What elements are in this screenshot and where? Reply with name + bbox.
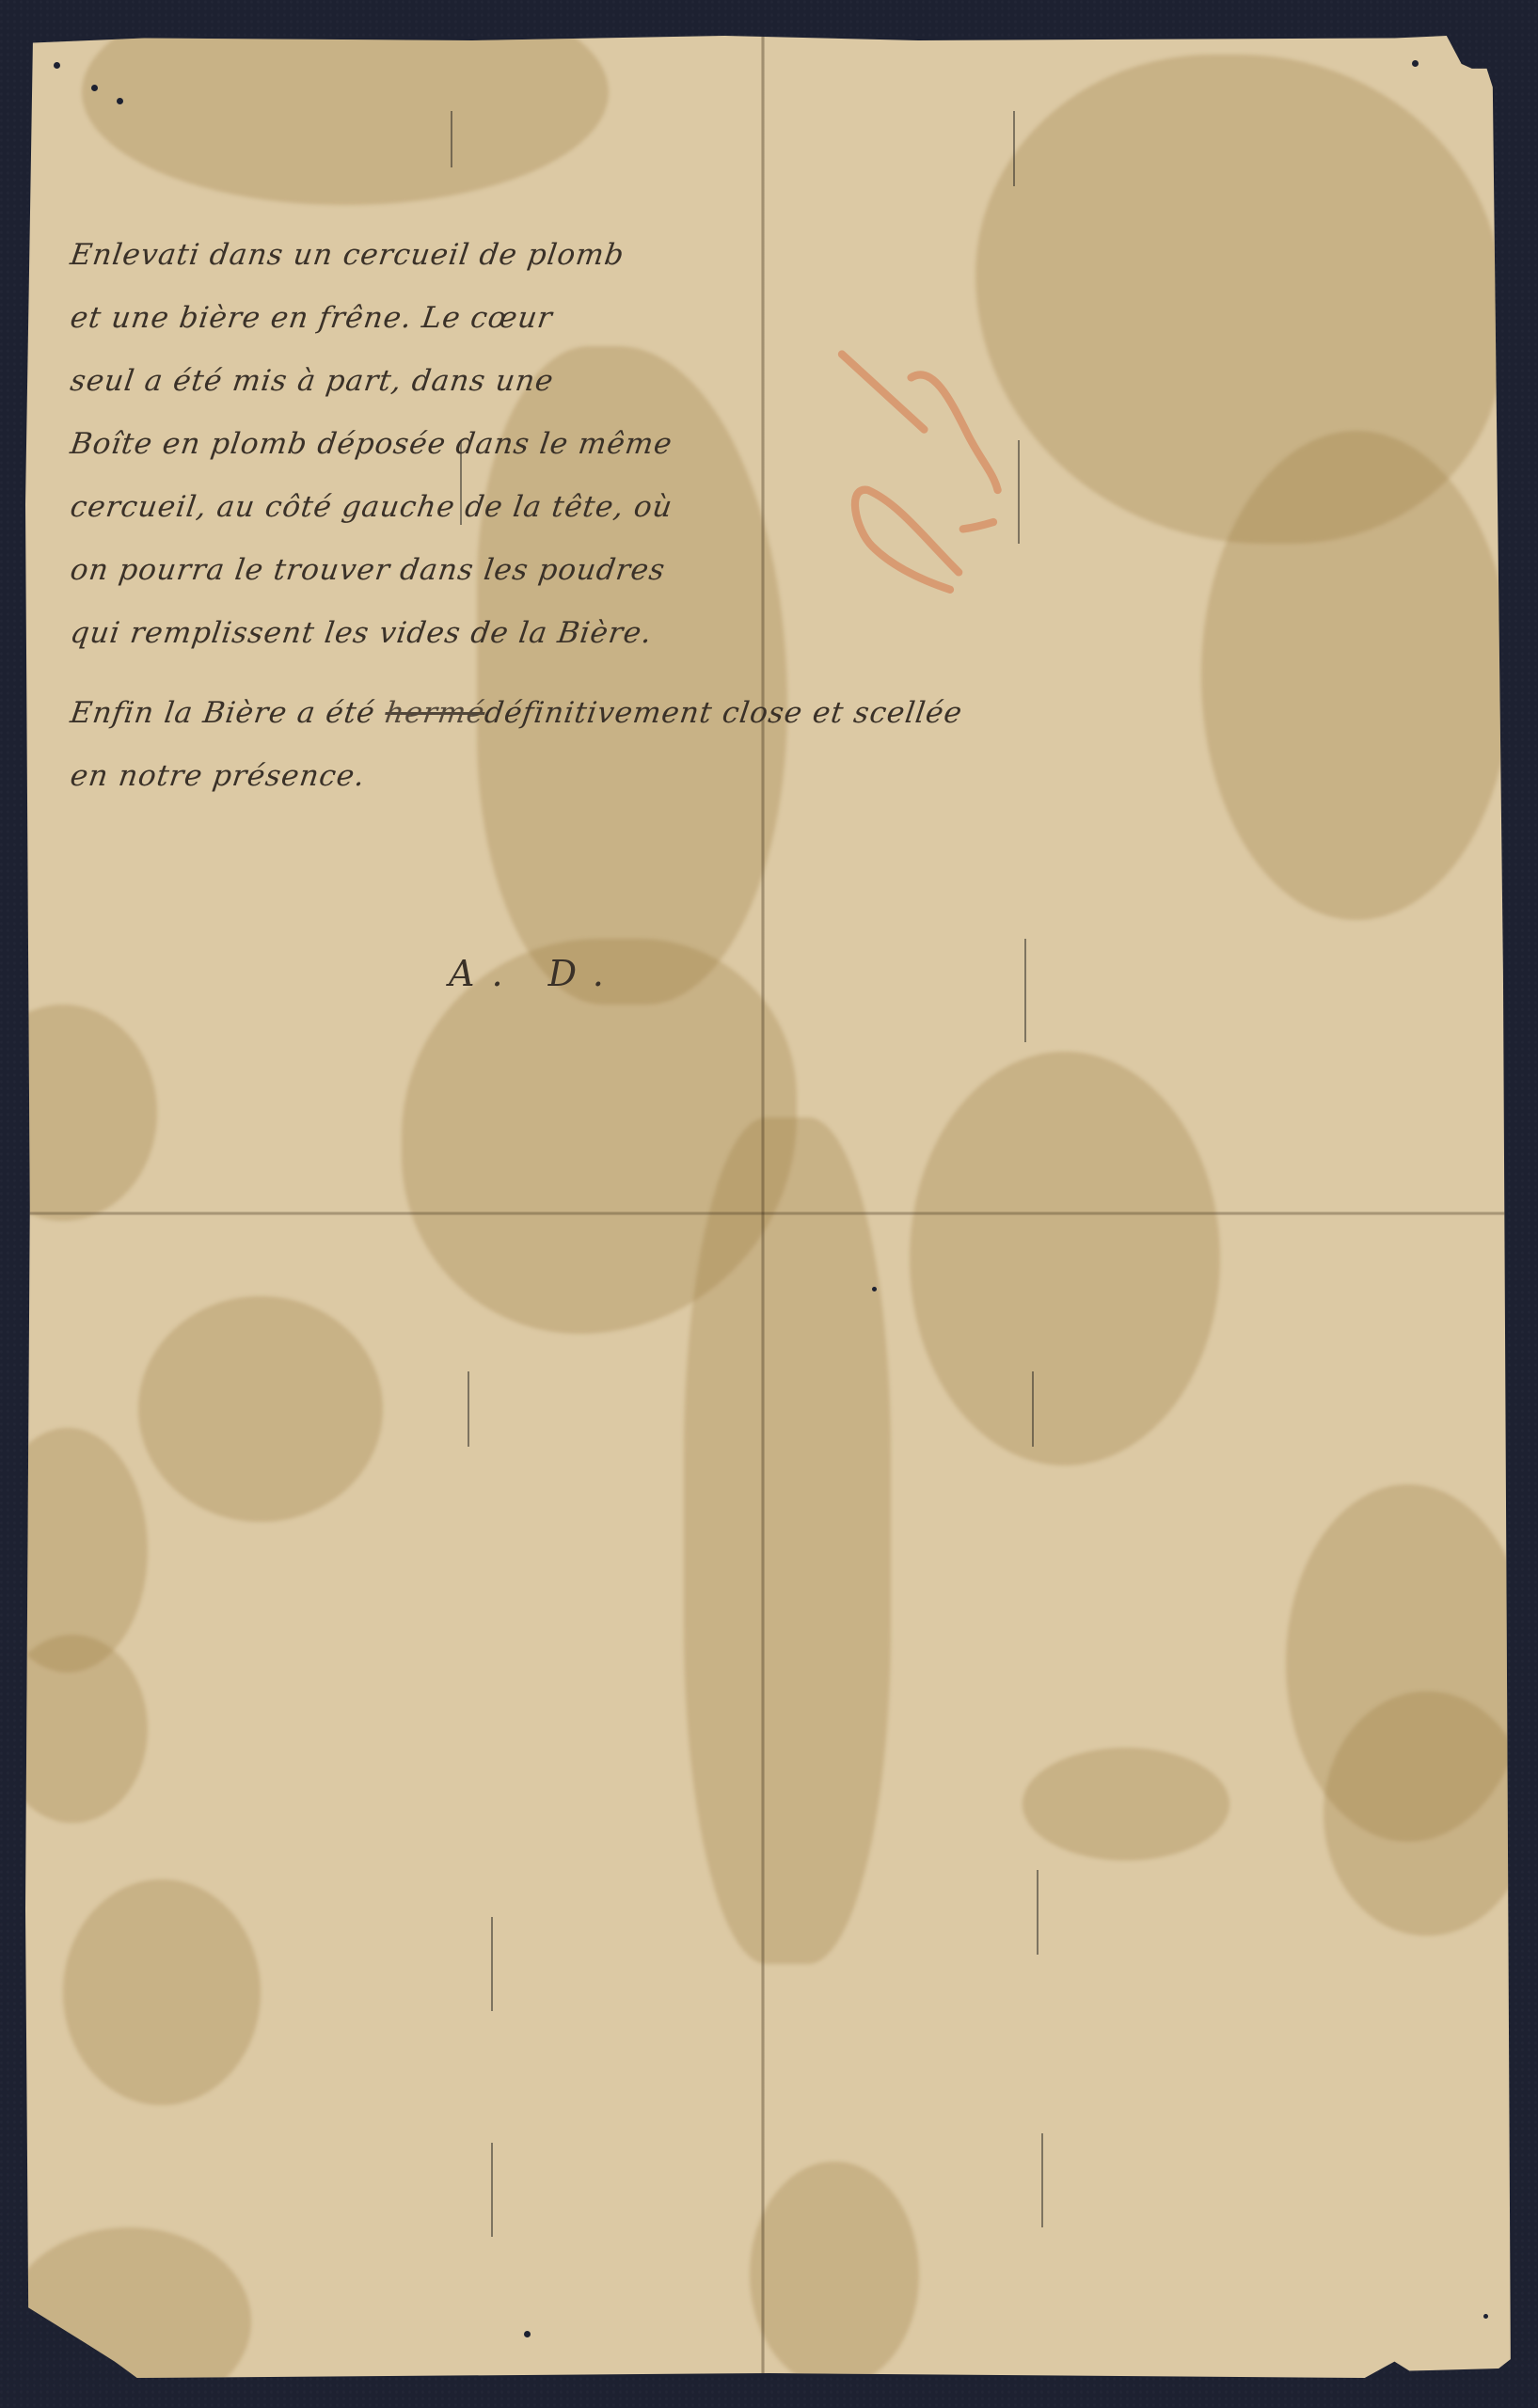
closing-text: définitivement close et scellée — [483, 696, 965, 730]
paper-hole — [872, 1287, 877, 1291]
ruling-mark — [1032, 1371, 1034, 1447]
ruling-mark — [468, 1371, 469, 1447]
manuscript-sheet: Enlevati dans un cercueil de plomb et un… — [25, 36, 1514, 2378]
text-line: qui remplissent les vides de la Bière. — [66, 602, 789, 665]
water-stain — [750, 2162, 919, 2378]
ruling-mark — [491, 2143, 493, 2237]
struck-out-word: hermé — [383, 696, 487, 730]
ruling-mark — [491, 1917, 493, 2011]
water-stain — [1201, 431, 1512, 920]
text-line: Boîte en plomb déposée dans le même — [66, 413, 789, 476]
text-line: en notre présence. — [66, 745, 789, 808]
water-stain — [63, 1879, 261, 2105]
horizontal-fold-line — [25, 1212, 1514, 1215]
text-line: on pourra le trouver dans les poudres — [66, 539, 789, 602]
water-stain — [138, 1296, 383, 1522]
water-stain — [25, 1005, 157, 1221]
paper-hole — [91, 85, 98, 91]
ruling-mark — [451, 111, 452, 167]
water-stain — [910, 1052, 1220, 1465]
text-line: et une bière en frêne. Le cœur — [66, 287, 789, 350]
water-stain — [684, 1117, 891, 1964]
ruling-mark — [1024, 939, 1026, 1042]
water-stain — [1324, 1691, 1514, 1936]
handwritten-text: Enlevati dans un cercueil de plomb et un… — [71, 224, 785, 808]
ruling-mark — [1013, 111, 1015, 186]
closing-text: Enfin la Bière a été — [69, 696, 388, 730]
paper-hole — [54, 62, 60, 69]
text-line: cercueil, au côté gauche de la tête, où — [66, 476, 789, 539]
water-stain — [1023, 1748, 1229, 1861]
red-crayon-number-mark — [820, 318, 1037, 619]
text-line-closing: Enfin la Bière a été hermédéfinitivement… — [66, 682, 789, 745]
paper-hole — [117, 98, 123, 104]
paper-hole — [524, 2331, 531, 2337]
water-stain — [25, 1635, 148, 1823]
ruling-mark — [1041, 2133, 1043, 2227]
signature-initials: A. D. — [449, 953, 621, 994]
paper-hole — [1412, 60, 1419, 67]
paper-hole — [1483, 2314, 1488, 2319]
ruling-mark — [1037, 1870, 1039, 1955]
water-stain — [82, 36, 609, 205]
text-line: Enlevati dans un cercueil de plomb — [66, 224, 789, 287]
text-line: seul a été mis à part, dans une — [66, 350, 789, 413]
